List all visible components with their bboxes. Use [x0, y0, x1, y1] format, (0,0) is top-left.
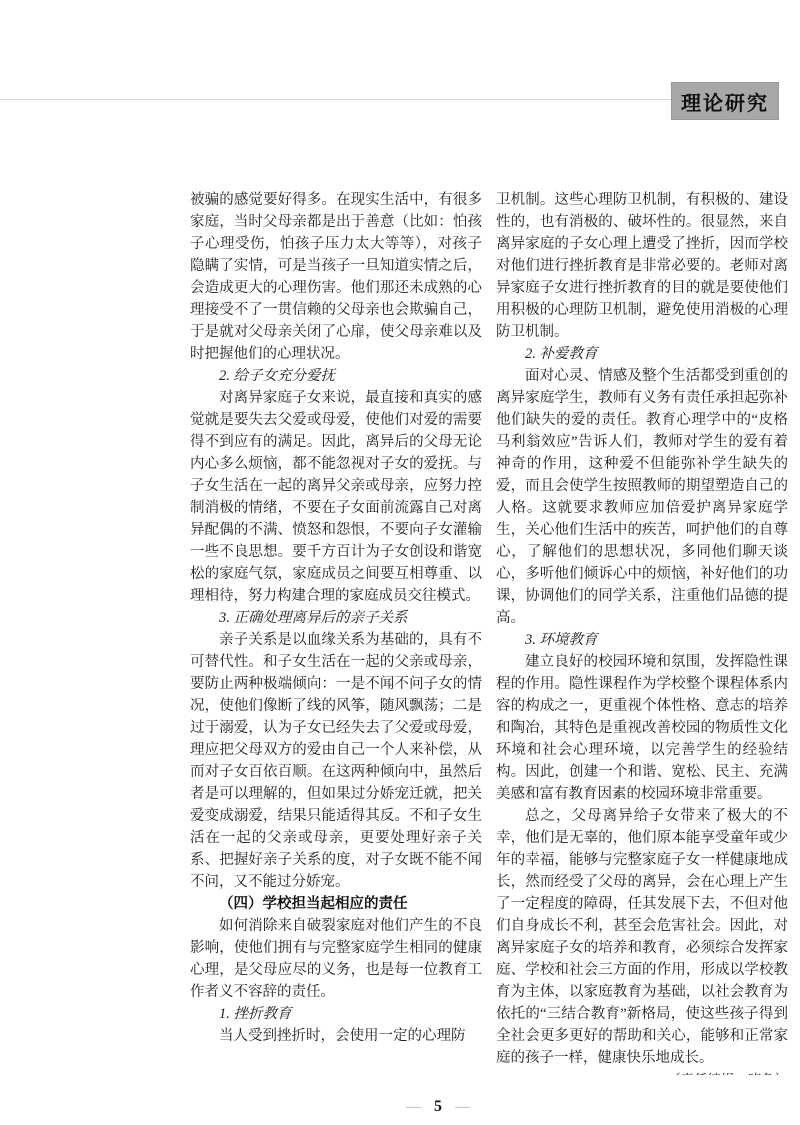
footer-dash-left: — [406, 1096, 421, 1118]
body-paragraph: 面对心灵、情感及整个生活都受到重创的离异家庭学生，教师有义务有责任承担起弥补他们… [496, 365, 788, 629]
subheading: 2. 补爱教育 [496, 343, 788, 365]
body-paragraph: 如何消除来自破裂家庭对他们产生的不良影响，使他们拥有与完整家庭学生相同的健康心理… [190, 915, 482, 1003]
body-paragraph: 对离异家庭子女来说，最直接和真实的感觉就是要失去父爱或母爱，使他们对爱的需要得不… [190, 387, 482, 607]
subheading: 3. 环境教育 [496, 629, 788, 651]
header-rule [0, 99, 672, 100]
body-paragraph: 建立良好的校园环境和氛围，发挥隐性课程的作用。隐性课程作为学校整个课程体系内容的… [496, 651, 788, 805]
subheading: 2. 给子女充分爱抚 [190, 365, 482, 387]
body-paragraph: 总之，父母离异给子女带来了极大的不幸，他们是无辜的，他们原本能享受童年或少年的幸… [496, 805, 788, 1069]
body-paragraph: 当人受到挫折时，会使用一定的心理防 [190, 1025, 482, 1047]
body-paragraph: 被骗的感觉要好得多。在现实生活中，有很多家庭，当时父母亲都是出于善意（比如：怕孩… [190, 189, 482, 365]
footer-dash-right: — [455, 1096, 470, 1118]
editor-note: （责任编辑：晓角） [496, 1069, 788, 1075]
body-paragraph: 亲子关系是以血缘关系为基础的，具有不可替代性。和子女生活在一起的父亲或母亲，要防… [190, 629, 482, 893]
journal-page: 理论研究 被骗的感觉要好得多。在现实生活中，有很多家庭，当时父母亲都是出于善意（… [0, 0, 800, 1125]
left-column: 被骗的感觉要好得多。在现实生活中，有很多家庭，当时父母亲都是出于善意（比如：怕孩… [190, 189, 482, 1075]
page-footer: — 5 — [406, 1096, 470, 1118]
section-heading: （四）学校担当起相应的责任 [190, 893, 482, 915]
page-number: 5 [434, 1096, 442, 1118]
subheading: 1. 挫折教育 [190, 1003, 482, 1025]
section-tag: 理论研究 [671, 82, 779, 120]
right-column: 卫机制。这些心理防卫机制，有积极的、建设性的，也有消极的、破坏性的。很显然，来自… [496, 189, 788, 1075]
body-paragraph: 卫机制。这些心理防卫机制，有积极的、建设性的，也有消极的、破坏性的。很显然，来自… [496, 189, 788, 343]
subheading: 3. 正确处理离异后的亲子关系 [190, 607, 482, 629]
